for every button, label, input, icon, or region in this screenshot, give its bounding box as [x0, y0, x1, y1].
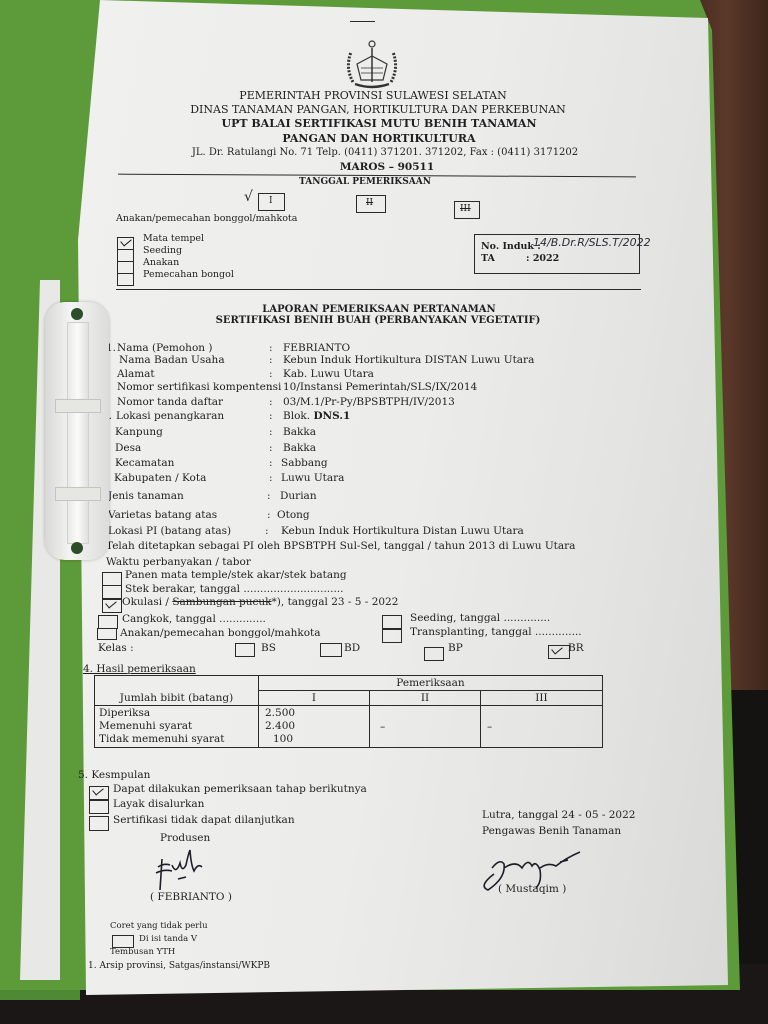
producer-title: Produsen	[160, 833, 210, 844]
col-jumlah-bibit: Jumlah bibit (batang)	[95, 676, 259, 706]
stage-3-values: –	[481, 706, 603, 748]
field-value: Blok. DNS.1	[283, 411, 350, 422]
producer-signature	[150, 845, 220, 895]
option-tidak-dilanjutkan: Sertifikasi tidak dapat dilanjutkan	[113, 815, 295, 826]
option-transplanting: Transplanting, tanggal ..............	[410, 627, 582, 638]
binder-fastener	[45, 302, 109, 560]
option-seeding: Seeding	[143, 246, 182, 256]
checkbox-kelas-bs[interactable]	[235, 643, 255, 657]
option-okulasi: Okulasi / Sambungan pucuk*), tanggal 23 …	[122, 597, 398, 608]
field-label: Lokasi PI (batang atas)	[108, 526, 231, 537]
checkbox-anakan-pemecahan[interactable]	[97, 628, 117, 640]
letterhead-address: JL. Dr. Ratulangi No. 71 Telp. (0411) 37…	[192, 148, 578, 158]
ta-label: TA	[481, 254, 495, 264]
section-divider	[116, 289, 641, 290]
results-table: Jumlah bibit (batang) Pemeriksaan I II I…	[94, 675, 603, 748]
field-value: 03/M.1/Pr-Py/BPSBTPH/IV/2013	[283, 397, 455, 408]
checkbox-okulasi[interactable]	[102, 599, 122, 613]
checkbox-cangkok[interactable]	[98, 615, 118, 629]
field-label: Nomor tanda daftar	[117, 397, 223, 408]
option-anakan-pemecahan: Anakan/pemecahan bonggol/mahkota	[120, 628, 321, 639]
field-label: Varietas batang atas	[108, 510, 217, 521]
field-colon: :	[265, 526, 269, 537]
checkbox-next-stage[interactable]	[89, 786, 109, 800]
option-next-stage: Dapat dilakukan pemeriksaan tahap beriku…	[113, 784, 367, 795]
row-labels: Diperiksa Memenuhi syarat Tidak memenuhi…	[95, 706, 259, 748]
option-seeding-date: Seeding, tanggal ..............	[410, 613, 550, 624]
field-value: Kebun Induk Hortikultura DISTAN Luwu Uta…	[283, 355, 534, 366]
stage-1-box[interactable]: I	[258, 193, 285, 211]
kelas-br-label: BR	[568, 643, 584, 654]
field-colon: :	[269, 411, 273, 422]
stage-checkmark-icon: √	[244, 190, 253, 204]
letterhead-city: MAROS – 90511	[340, 162, 434, 173]
checkbox-transplanting[interactable]	[382, 629, 402, 643]
field-value: Bakka	[283, 427, 316, 438]
field-colon: :	[269, 397, 273, 408]
pi-statement: Telah ditetapkan sebagai PI oleh BPSBTPH…	[106, 541, 575, 552]
provincial-crest-icon	[343, 38, 401, 92]
checkbox-tidak-dilanjutkan[interactable]	[89, 816, 109, 831]
kelas-label: Kelas :	[98, 643, 134, 654]
field-value: Luwu Utara	[281, 473, 344, 484]
row-tidak-memenuhi-syarat: Tidak memenuhi syarat	[99, 733, 254, 746]
field-label: Nama Badan Usaha	[119, 355, 225, 366]
kelas-bd-label: BD	[344, 643, 360, 654]
stage-2-values: –	[370, 706, 481, 748]
field-colon: :	[269, 443, 273, 454]
letterhead-line-4: PANGAN DAN HORTIKULTURA	[282, 133, 475, 144]
propagation-type-label: Anakan/pemecahan bonggol/mahkota	[116, 214, 297, 224]
field-value: 10/Instansi Pemerintah/SLS/IX/2014	[283, 382, 477, 393]
col-stage-3: III	[481, 691, 603, 706]
option-anakan: Anakan	[143, 258, 179, 268]
place-date: Lutra, tanggal 24 - 05 - 2022	[482, 810, 635, 821]
cc-label: Tembusan YTH	[110, 948, 175, 957]
option-mata-tempel: Mata tempel	[143, 234, 204, 244]
field-label: Alamat	[117, 369, 155, 380]
field-colon: :	[269, 458, 273, 469]
no-induk-value: 14/B.Dr.R/SLS.T/2022	[533, 237, 651, 248]
field-colon: :	[269, 369, 273, 380]
checkbox-panen-mata-temple[interactable]	[102, 572, 122, 586]
no-induk-label: No. Induk :	[481, 242, 541, 252]
field-label: Lokasi penangkaran	[116, 411, 224, 422]
option-cangkok: Cangkok, tanggal ..............	[122, 614, 266, 625]
field-colon: :	[269, 355, 273, 366]
field-label: Desa	[115, 443, 141, 454]
field-label: Kanpung	[115, 427, 163, 438]
col-pemeriksaan: Pemeriksaan	[259, 676, 603, 691]
stage-2-box[interactable]: II	[356, 195, 386, 213]
field-value: Otong	[277, 510, 310, 521]
field-colon: :	[269, 473, 273, 484]
col-stage-2: II	[370, 691, 481, 706]
row-diperiksa: Diperiksa	[99, 707, 254, 720]
conclusion-section-label: 5. Kesmpulan	[78, 770, 150, 781]
option-pemecahan-bongol: Pemecahan bongol	[143, 270, 234, 280]
inspection-date-label: TANGGAL PEMERIKSAAN	[299, 178, 431, 187]
field-value: Kab. Luwu Utara	[283, 369, 374, 380]
field-value: Durian	[280, 491, 317, 502]
field-colon: :	[267, 510, 271, 521]
letterhead-line-3: UPT BALAI SERTIFIKASI MUTU BENIH TANAMAN	[221, 118, 536, 129]
report-title-1: LAPORAN PEMERIKSAAN PERTANAMAN	[262, 305, 495, 315]
option-stek-berakar: Stek berakar, tanggal ..................…	[125, 584, 343, 595]
field-label: Nama (Pemohon )	[117, 343, 212, 354]
field-colon: :	[267, 491, 271, 502]
field-value: FEBRIANTO	[283, 343, 350, 354]
field-label: Kabupaten / Kota	[114, 473, 206, 484]
field-colon: :	[269, 427, 273, 438]
option-layak: Layak disalurkan	[113, 799, 204, 810]
stage-3-box[interactable]: III	[454, 201, 480, 219]
col-stage-1: I	[259, 691, 370, 706]
results-section-label: 4. Hasil pemeriksaan	[83, 664, 196, 675]
checkbox-kelas-bp[interactable]	[424, 647, 444, 661]
propagation-time-label: Waktu perbanyakan / tabor	[106, 557, 251, 568]
letterhead-line-1: PEMERINTAH PROVINSI SULAWESI SELATAN	[239, 90, 506, 101]
kelas-bp-label: BP	[448, 643, 463, 654]
field-value: Kebun Induk Hortikultura Distan Luwu Uta…	[281, 526, 524, 537]
cc-item-1: 1. Arsip provinsi, Satgas/instansi/WKPB	[88, 962, 270, 971]
producer-name: ( FEBRIANTO )	[150, 892, 232, 903]
inspection-report-document: PEMERINTAH PROVINSI SULAWESI SELATAN DIN…	[0, 0, 768, 1024]
field-colon: :	[269, 382, 273, 393]
inspector-name: ( Mustaqim )	[498, 884, 566, 895]
checkbox-pemecahan-bongol[interactable]	[117, 273, 134, 286]
kelas-bs-label: BS	[261, 643, 276, 654]
stage-1-values: 2.500 2.400 100	[259, 706, 370, 748]
field-label: Jenis tanaman	[108, 491, 184, 502]
top-mark	[350, 21, 375, 22]
letterhead-line-2: DINAS TANAMAN PANGAN, HORTIKULTURA DAN P…	[190, 104, 566, 115]
field-value: Sabbang	[281, 458, 328, 469]
field-colon: :	[269, 343, 273, 354]
checkbox-seeding-date[interactable]	[382, 615, 402, 629]
strike-note: Coret yang tidak perlu	[110, 922, 208, 931]
check-note: Di isi tanda V	[139, 935, 197, 944]
field-label: Kecamatan	[115, 458, 174, 469]
report-title-2: SERTIFIKASI BENIH BUAH (PERBANYAKAN VEGE…	[216, 316, 541, 326]
option-panen-mata-temple: Panen mata temple/stek akar/stek batang	[125, 570, 347, 581]
checkbox-kelas-bd[interactable]	[320, 643, 342, 657]
field-label: Nomor sertifikasi kompentensi	[117, 382, 281, 393]
checkbox-layak[interactable]	[89, 800, 109, 814]
ta-value: : 2022	[526, 254, 559, 264]
field-value: Bakka	[283, 443, 316, 454]
inspector-title: Pengawas Benih Tanaman	[482, 826, 621, 837]
checkbox-kelas-br[interactable]	[548, 645, 570, 659]
row-memenuhi-syarat: Memenuhi syarat	[99, 720, 254, 733]
